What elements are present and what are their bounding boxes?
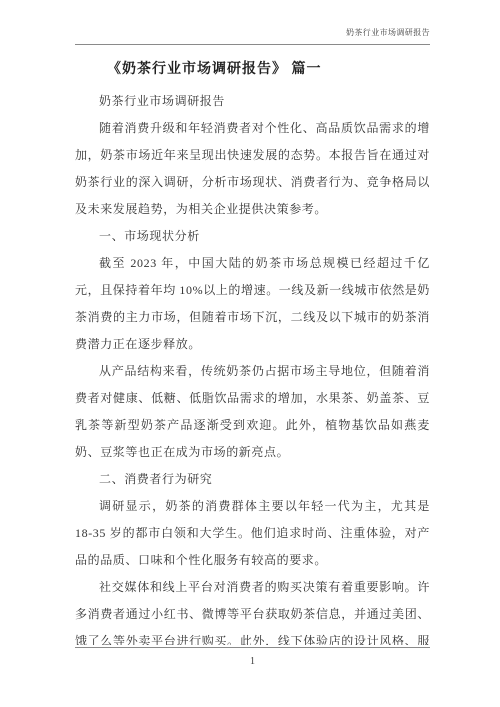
running-header: 奶茶行业市场调研报告 bbox=[75, 26, 430, 45]
document-page: 奶茶行业市场调研报告 《奶茶行业市场调研报告》 篇一 奶茶行业市场调研报告 随着… bbox=[0, 0, 500, 707]
document-title: 《奶茶行业市场调研报告》 篇一 bbox=[107, 58, 440, 82]
paragraph: 截至 2023 年，中国大陆的奶茶市场总规模已经超过千亿元，且保持着年均 10%… bbox=[75, 250, 430, 358]
page-number: 1 bbox=[250, 656, 255, 667]
paragraph: 从产品结构来看，传统奶茶仍占据市场主导地位，但随着消费者对健康、低糖、低脂饮品需… bbox=[75, 358, 430, 466]
paragraph: 随着消费升级和年轻消费者对个性化、高品质饮品需求的增加，奶茶市场近年来呈现出快速… bbox=[75, 115, 430, 223]
subtitle-line: 奶茶行业市场调研报告 bbox=[75, 88, 430, 115]
section-heading-2: 二、消费者行为研究 bbox=[75, 466, 430, 493]
section-heading-1: 一、市场现状分析 bbox=[75, 223, 430, 250]
document-body: 奶茶行业市场调研报告 随着消费升级和年轻消费者对个性化、高品质饮品需求的增加，奶… bbox=[75, 88, 430, 645]
paragraph: 调研显示，奶茶的消费群体主要以年轻一代为主，尤其是 18-35 岁的都市白领和大… bbox=[75, 493, 430, 574]
paragraph: 社交媒体和线上平台对消费者的购买决策有着重要影响。许多消费者通过小红书、微博等平… bbox=[75, 574, 430, 645]
page-footer: 1 bbox=[75, 647, 430, 669]
